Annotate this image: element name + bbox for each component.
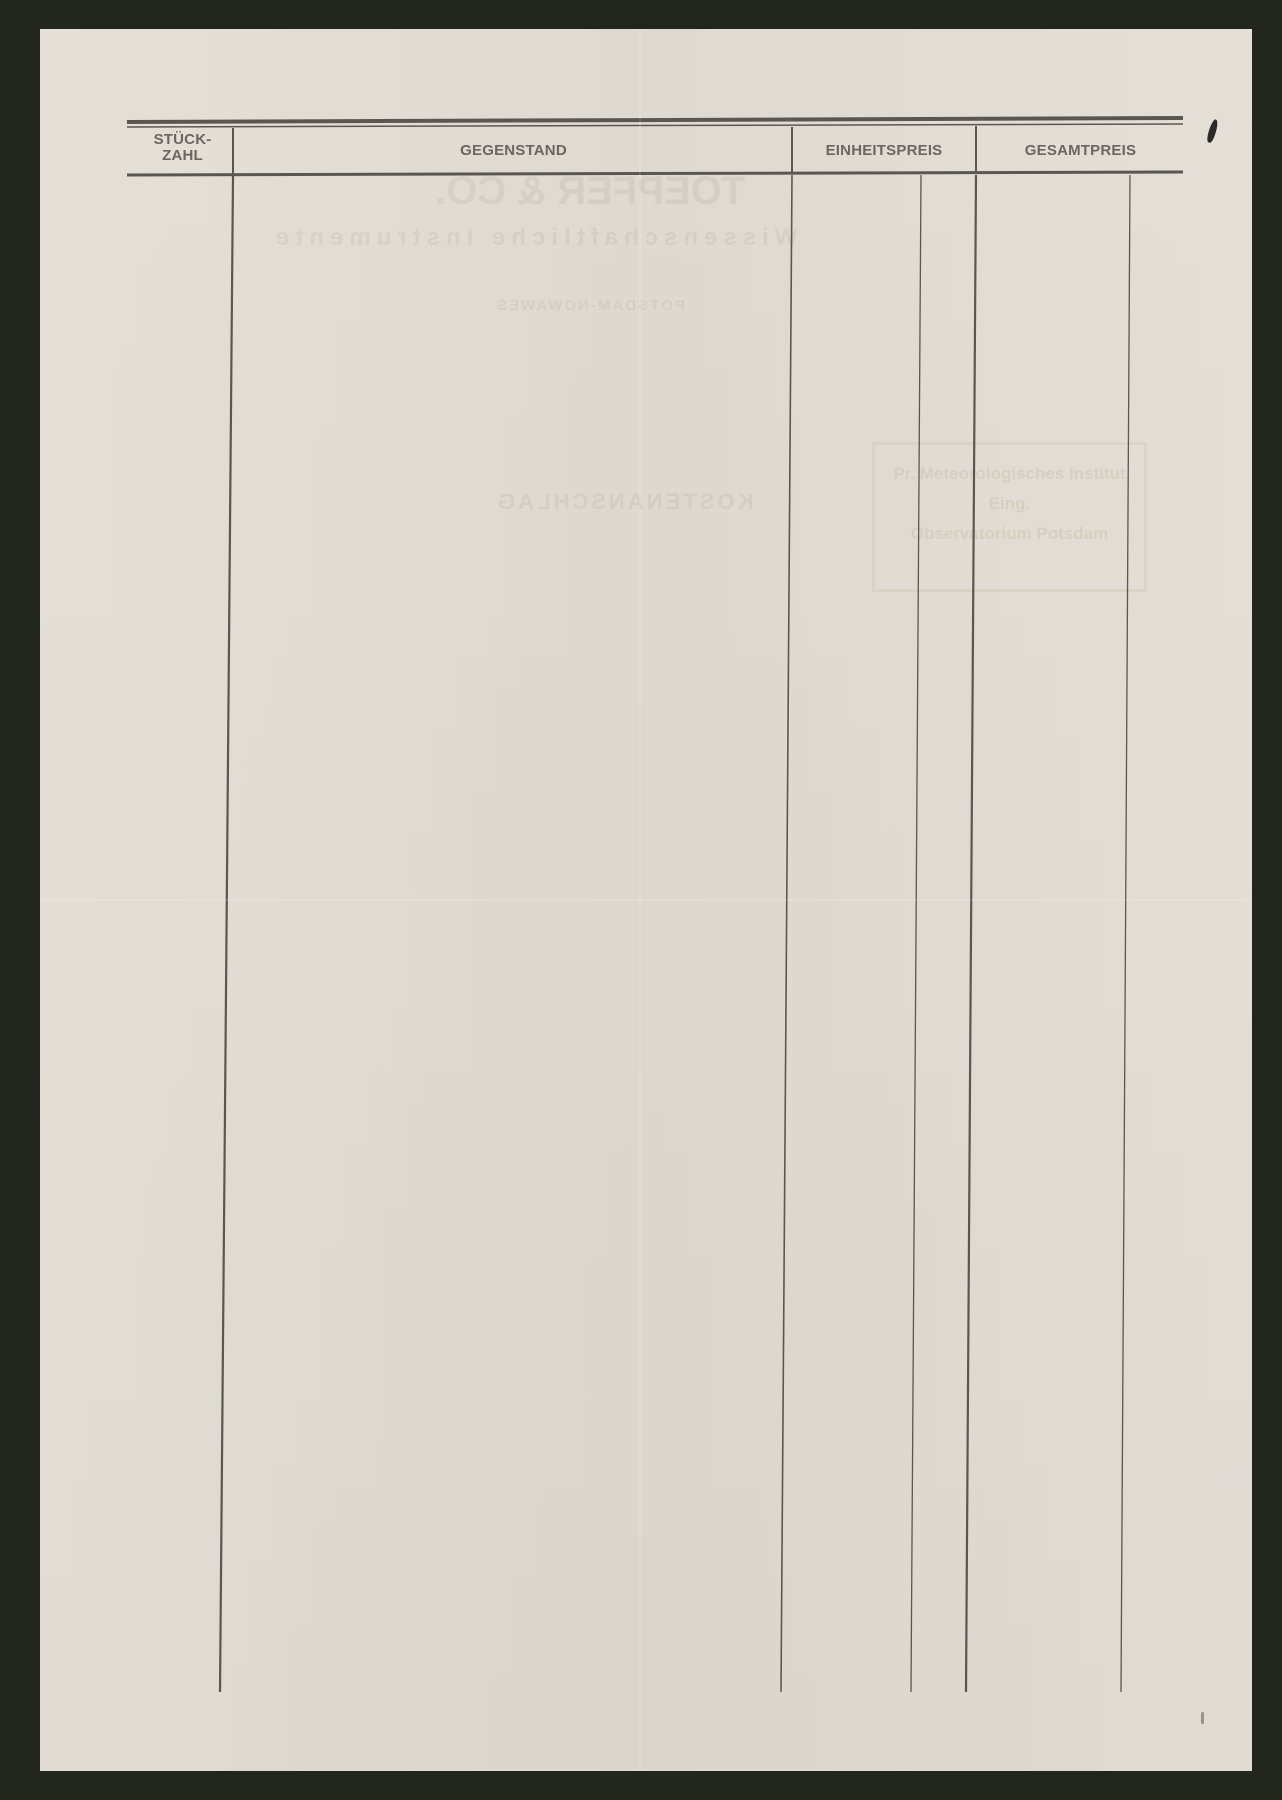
column-line-qty-item — [220, 176, 233, 1692]
paper-nick-mark — [1201, 1712, 1204, 1724]
column-line-total-pfennig — [1121, 175, 1130, 1692]
column-header-total-price: GESAMTPREIS — [978, 143, 1183, 159]
header-bottom-rule — [127, 172, 1183, 175]
column-line-item-unit — [781, 175, 792, 1692]
column-line-unit-total — [966, 175, 976, 1692]
column-line-unit-pfennig — [911, 175, 921, 1692]
document-page: TOEPFER & CO. Wissenschaftliche Instrume… — [40, 29, 1252, 1771]
column-header-item: GEGENSTAND — [236, 143, 791, 159]
column-header-qty-line2: ZAHL — [135, 148, 230, 164]
column-header-qty: STÜCK- ZAHL — [135, 132, 230, 164]
table-rules — [40, 29, 1252, 1771]
header-top-thin-rule — [127, 124, 1183, 127]
column-header-unit-price: EINHEITSPREIS — [794, 143, 974, 159]
header-top-thick-rule — [127, 118, 1183, 122]
column-header-qty-line1: STÜCK- — [135, 132, 230, 148]
